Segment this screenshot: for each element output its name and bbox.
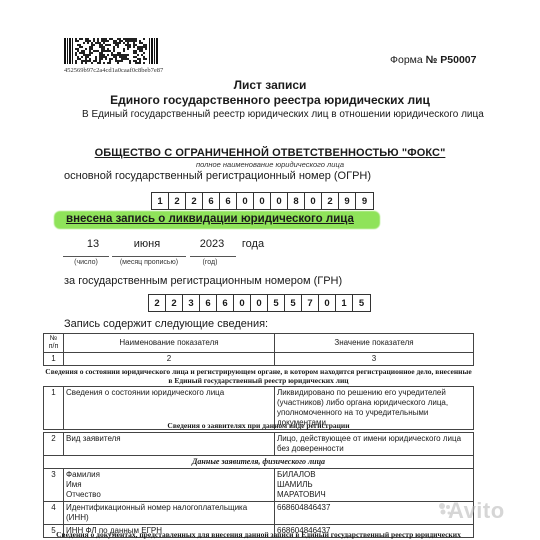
grn-digit: 0 xyxy=(251,295,268,311)
info-table-applicants: 2 Вид заявителя Лицо, действующее от име… xyxy=(43,432,474,538)
section-title-applicants: Сведения о заявителях при данном виде ре… xyxy=(43,421,474,430)
surname-value: БИЛАЛОВ xyxy=(277,470,471,480)
document-title: Лист записи xyxy=(0,78,540,92)
form-code: № Р50007 xyxy=(426,54,477,66)
intro-text: В Единый государственный реестр юридичес… xyxy=(64,108,484,121)
ogrn-digit: 2 xyxy=(322,193,339,209)
form-label: Форма xyxy=(390,54,423,66)
info-table-header: № п/п Наименование показателя Значение п… xyxy=(43,333,474,366)
ogrn-digit: 9 xyxy=(339,193,356,209)
document-subtitle: Единого государственного реестра юридиче… xyxy=(0,93,540,107)
colnum-3: 3 xyxy=(275,353,474,366)
grn-digit: 0 xyxy=(234,295,251,311)
month-caption: (месяц прописью) xyxy=(110,259,188,266)
row-value: Лицо, действующее от имени юридического … xyxy=(275,433,474,456)
date-day-line xyxy=(63,256,109,257)
ogrn-digit: 1 xyxy=(152,193,169,209)
grn-digit: 7 xyxy=(302,295,319,311)
row-name: Фамилия Имя Отчество xyxy=(64,469,275,502)
ogrn-digit: 6 xyxy=(220,193,237,209)
grn-digit: 0 xyxy=(319,295,336,311)
ogrn-digits: 1226600080299 xyxy=(151,192,374,210)
date-suffix: года xyxy=(238,238,268,250)
grn-digit: 2 xyxy=(149,295,166,311)
record-description: внесена запись о ликвидации юридического… xyxy=(66,213,354,225)
day-caption: (число) xyxy=(63,259,109,266)
barcode-id: 452569b97c2a4cd1a0caaf0c8beb7e87 xyxy=(64,67,163,74)
date-year-line xyxy=(190,256,236,257)
grn-digit: 6 xyxy=(217,295,234,311)
first-name-value: ШАМИЛЬ xyxy=(277,480,471,490)
date-year: 2023 xyxy=(188,238,236,250)
organization-caption: полное наименование юридического лица xyxy=(0,160,540,169)
grn-digit: 5 xyxy=(268,295,285,311)
surname-label: Фамилия xyxy=(66,470,272,480)
row-name: Вид заявителя xyxy=(64,433,275,456)
row-number: 3 xyxy=(44,469,64,502)
header-name: Наименование показателя xyxy=(64,334,275,353)
ogrn-digit: 8 xyxy=(288,193,305,209)
first-name-label: Имя xyxy=(66,480,272,490)
colnum-1: 1 xyxy=(44,353,64,366)
table-row: 3 Фамилия Имя Отчество БИЛАЛОВ ШАМИЛЬ МА… xyxy=(44,469,474,502)
row-name: Идентификационный номер налогоплательщик… xyxy=(64,502,275,525)
row-value: БИЛАЛОВ ШАМИЛЬ МАРАТОВИЧ xyxy=(275,469,474,502)
ogrn-digit: 0 xyxy=(237,193,254,209)
ogrn-digit: 0 xyxy=(254,193,271,209)
subsection-row: Данные заявителя, физического лица xyxy=(44,456,474,469)
row-number: 4 xyxy=(44,502,64,525)
grn-digit: 3 xyxy=(183,295,200,311)
section-title-state: Сведения о состоянии юридического лица и… xyxy=(43,367,474,385)
colnum-2: 2 xyxy=(64,353,275,366)
grn-digit: 1 xyxy=(336,295,353,311)
header-no: № п/п xyxy=(44,334,64,353)
year-caption: (год) xyxy=(190,259,230,266)
grn-label: за государственным регистрационным номер… xyxy=(64,275,342,287)
table-row: 2 Вид заявителя Лицо, действующее от име… xyxy=(44,433,474,456)
ogrn-digit: 2 xyxy=(186,193,203,209)
grn-digit: 6 xyxy=(200,295,217,311)
ogrn-digit: 0 xyxy=(305,193,322,209)
grn-digit: 2 xyxy=(166,295,183,311)
barcode-icon xyxy=(64,38,158,64)
organization-name: ОБЩЕСТВО С ОГРАНИЧЕННОЙ ОТВЕТСТВЕННОСТЬЮ… xyxy=(0,147,540,159)
header-value: Значение показателя xyxy=(275,334,474,353)
ogrn-label: основной государственный регистрационный… xyxy=(64,170,371,182)
section-title-documents: Сведения о документах, представленных дл… xyxy=(43,530,474,539)
date-month: июня xyxy=(114,238,180,250)
row-number: 2 xyxy=(44,433,64,456)
patronymic-value: МАРАТОВИЧ xyxy=(277,490,471,500)
subsection-title: Данные заявителя, физического лица xyxy=(44,456,474,469)
grn-digit: 5 xyxy=(353,295,370,311)
table-row: 4 Идентификационный номер налогоплательщ… xyxy=(44,502,474,525)
ogrn-digit: 9 xyxy=(356,193,373,209)
ogrn-digit: 0 xyxy=(271,193,288,209)
contains-label: Запись содержит следующие сведения: xyxy=(64,318,268,330)
form-number: Форма № Р50007 xyxy=(390,54,476,66)
date-day: 13 xyxy=(70,238,116,250)
ogrn-digit: 2 xyxy=(169,193,186,209)
date-month-line xyxy=(112,256,186,257)
grn-digit: 5 xyxy=(285,295,302,311)
watermark: Avito xyxy=(448,498,505,524)
patronymic-label: Отчество xyxy=(66,490,272,500)
ogrn-digit: 6 xyxy=(203,193,220,209)
grn-digits: 2236600557015 xyxy=(148,294,371,312)
